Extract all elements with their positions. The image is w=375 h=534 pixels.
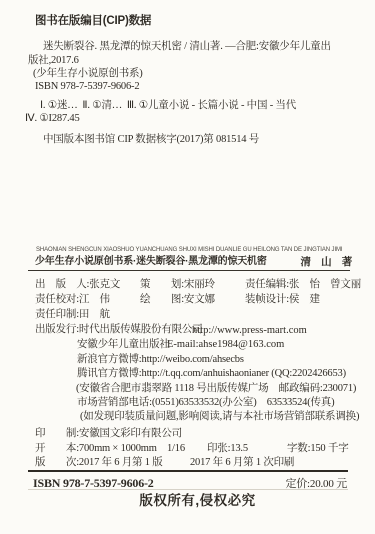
printer-line: 印 制:安徽国文彩印有限公司 <box>35 428 182 440</box>
cip-record-number: 中国版本图书馆 CIP 数据核字(2017)第 081514 号 <box>43 134 259 146</box>
footer-bottom-rule <box>28 489 348 490</box>
author-name: 清 山 著 <box>301 256 353 268</box>
credit-publisher-person: 出 版 人:张克文 <box>35 279 120 291</box>
credit-designer: 装帧设计:侯 建 <box>245 294 320 306</box>
credit-editor: 责任编辑:张 怡 曾文丽 <box>245 279 361 291</box>
cip-series-note: (少年生存小说原创书系) <box>33 68 143 80</box>
credit-print-supervisor: 责任印制:田 航 <box>35 309 110 321</box>
cip-classification-line1: Ⅰ. ①迷… Ⅱ. ①清… Ⅲ. ①儿童小说 - 长篇小说 - 中国 - 当代 <box>40 100 296 112</box>
publisher-line: 出版发行:时代出版传媒股份有限公司 <box>35 324 203 336</box>
footer-top-rule <box>28 470 348 472</box>
press-email: E-mail:ahse1984@163.com <box>167 339 284 351</box>
credit-planner: 策 划:宋丽玲 <box>140 279 215 291</box>
marketing-phone: 市场营销部电话:(0551)63533532(办公室) 63533524(传真) <box>77 397 334 409</box>
cip-record-line2: 版社,2017.6 <box>28 55 79 67</box>
printing-line: 2017 年 6 月第 1 次印刷 <box>190 457 294 469</box>
word-count: 字数:150 千字 <box>287 443 349 455</box>
weibo-tencent-line: 腾讯官方微博:http://t.qq.com/anhuishaonianer (… <box>77 368 346 380</box>
weibo-sina-line: 新浪官方微博:http://weibo.com/ahsecbs <box>77 354 244 366</box>
book-copyright-page: 图书在版编目(CIP)数据 迷失断裂谷. 黑龙潭的惊天机密 / 清山著. —合肥… <box>0 0 375 534</box>
press-name: 安徽少年儿童出版社 <box>77 339 170 351</box>
cip-classification-line2: Ⅳ. ①I287.45 <box>25 113 80 125</box>
publisher-url: http://www.press-mart.com <box>192 325 307 337</box>
title-divider-rule <box>28 270 350 271</box>
sheets-count: 印张:13.5 <box>207 443 248 455</box>
copyright-notice: 版权所有,侵权必究 <box>20 493 375 509</box>
quality-note: (如发现印装质量问题,影响阅读,请与本社市场营销部联系调换) <box>80 411 359 423</box>
cip-isbn: ISBN 978-7-5397-9606-2 <box>35 81 139 93</box>
format-line: 开 本:700mm × 1000mm 1/16 <box>35 443 185 455</box>
cip-record-line1: 迷失断裂谷. 黑龙潭的惊天机密 / 清山著. —合肥:安徽少年儿童出 <box>43 41 331 53</box>
book-title: 少年生存小说原创书系·迷失断裂谷·黑龙潭的惊天机密 <box>35 256 267 268</box>
credit-proofreader: 责任校对:江 伟 <box>35 294 110 306</box>
cip-heading: 图书在版编目(CIP)数据 <box>35 15 151 28</box>
edition-line: 版 次:2017 年 6 月第 1 版 <box>35 457 163 469</box>
credit-illustrator: 绘 图:安文娜 <box>140 294 215 306</box>
press-address: (安徽省合肥市翡翠路 1118 号出版传媒广场 邮政编码:230071) <box>76 383 356 395</box>
series-title-pinyin: SHAONIAN SHENGCUN XIAOSHUO YUANCHUANG SH… <box>36 247 342 254</box>
